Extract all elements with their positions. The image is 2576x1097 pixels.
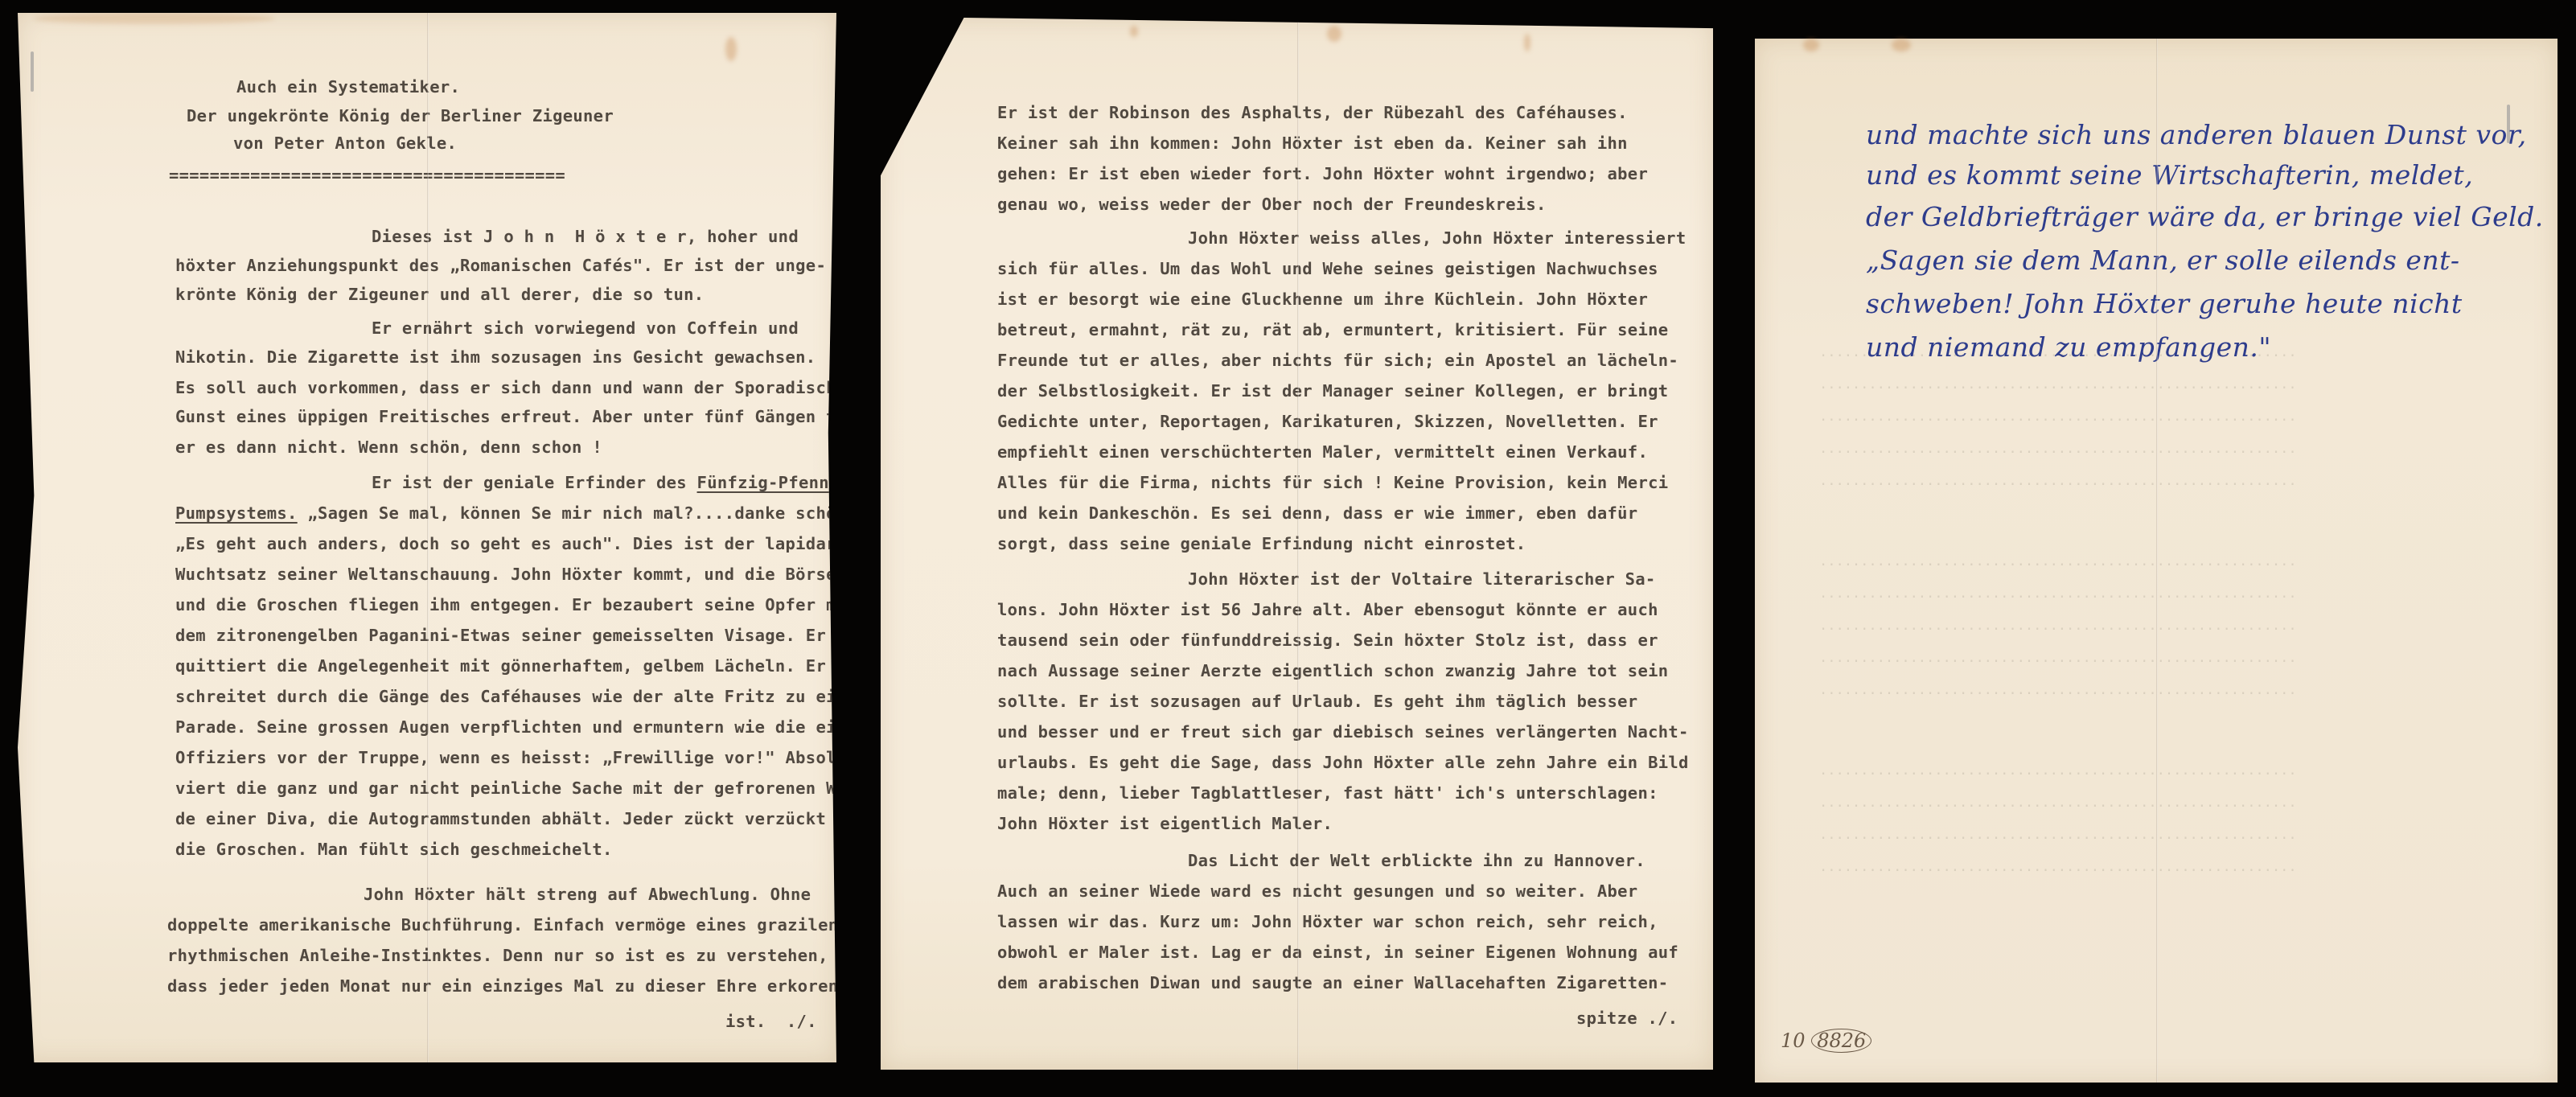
text-line: Gunst eines üppigen Freitisches erfreut.… (175, 407, 857, 426)
text-line: Parade. Seine grossen Augen verpflichten… (175, 717, 867, 737)
text-line: Dieses ist J o h n H ö x t e r, hoher un… (372, 227, 799, 246)
text-line: tausend sein oder fünfunddreissig. Sein … (997, 631, 1658, 650)
bleed-through-text: ........................................… (1819, 618, 2297, 634)
text-line: genau wo, weiss weder der Ober noch der … (997, 195, 1547, 214)
text-line: Er ist der geniale Erfinder des Fünfzig-… (372, 473, 860, 492)
text-line: John Höxter ist eigentlich Maler. (997, 814, 1333, 833)
text-line: de einer Diva, die Autogrammstunden abhä… (175, 809, 826, 828)
text-line: John Höxter weiss alles, John Höxter int… (1188, 228, 1686, 248)
text-line: höxter Anziehungspunkt des „Romanischen … (175, 256, 826, 275)
text-line: Freunde tut er alles, aber nichts für si… (997, 351, 1678, 370)
title-separator: ======================================= (169, 166, 565, 185)
handwritten-line: und machte sich uns anderen blauen Dunst… (1866, 119, 2527, 150)
text-line: der Selbstlosigkeit. Er ist der Manager … (997, 381, 1668, 401)
bleed-through-text: ........................................… (1819, 585, 2297, 602)
text-line: urlaubs. Es geht die Sage, dass John Höx… (997, 753, 1689, 772)
text-line: dem arabischen Diwan und saugte an einer… (997, 973, 1668, 992)
manuscript-page-2: Er ist der Robinson des Asphalts, der Rü… (881, 18, 1713, 1070)
text-line: Das Licht der Welt erblickte ihn zu Hann… (1188, 851, 1645, 870)
document-byline: von Peter Anton Gekle. (233, 134, 457, 153)
bleed-through-text: ........................................… (1819, 795, 2297, 811)
document-subtitle: Der ungekrönte König der Berliner Zigeun… (187, 106, 614, 125)
text-line: dem zitronengelben Paganini-Etwas seiner… (175, 626, 826, 645)
underlined-term: Fünfzig-Pfennig- (697, 473, 860, 492)
text-line: sollte. Er ist sozusagen auf Urlaub. Es … (997, 692, 1637, 711)
text-line: doppelte amerikanische Buchführung. Einf… (167, 915, 848, 935)
typed-text-page-1: Auch ein Systematiker. Der ungekrönte Kö… (18, 13, 59, 650)
page-end-mark: ist. ./. (725, 1012, 817, 1031)
text-line: und besser und er freut sich gar diebisc… (997, 722, 1689, 742)
text-line: John Höxter hält streng auf Abwechlung. … (364, 885, 811, 904)
text-line: die Groschen. Man fühlt sich geschmeiche… (175, 840, 613, 859)
handwritten-line: und niemand zu empfangen." (1866, 331, 2271, 363)
bleed-through-text: ........................................… (1819, 650, 2297, 666)
text-line: nach Aussage seiner Aerzte eigentlich sc… (997, 661, 1668, 680)
text-line: schreitet durch die Gänge des Caféhauses… (175, 687, 867, 706)
text-line: Auch an seiner Wiede ward es nicht gesun… (997, 881, 1637, 901)
bleed-through-text: ........................................… (1819, 409, 2297, 425)
text-line: betreut, ermahnt, rät zu, rät ab, ermunt… (997, 320, 1668, 339)
bleed-through-text: ........................................… (1819, 441, 2297, 457)
handwritten-line: und es kommt seine Wirtschafterin, melde… (1866, 159, 2473, 191)
manuscript-page-3: ........................................… (1755, 39, 2558, 1083)
typed-text-page-2: Er ist der Robinson des Asphalts, der Rü… (881, 18, 922, 635)
bleed-through-text: ........................................… (1819, 376, 2297, 392)
bleed-through-text: ........................................… (1819, 859, 2297, 875)
text-line: sich für alles. Um das Wohl und Wehe sei… (997, 259, 1658, 278)
text-line: lons. John Höxter ist 56 Jahre alt. Aber… (997, 600, 1658, 619)
bleed-through-text: ........................................… (1819, 553, 2297, 569)
text-line: rhythmischen Anleihe-Instinktes. Denn nu… (167, 946, 828, 965)
text-line: Wuchtsatz seiner Weltanschauung. John Hö… (175, 565, 846, 584)
archive-number: 10 8826 (1781, 1029, 1871, 1052)
text-line: und die Groschen fliegen ihm entgegen. E… (175, 595, 857, 614)
manuscript-page-1: Auch ein Systematiker. Der ungekrönte Kö… (18, 13, 836, 1062)
text-line: obwohl er Maler ist. Lag er da einst, in… (997, 943, 1678, 962)
text-line: Nikotin. Die Zigarette ist ihm sozusagen… (175, 347, 816, 367)
document-title: Auch ein Systematiker. (236, 77, 460, 97)
bleed-through-text: ........................................… (1819, 473, 2297, 489)
text-line: Es soll auch vorkommen, dass er sich dan… (175, 378, 857, 397)
text-line: quittiert die Angelegenheit mit gönnerha… (175, 656, 826, 676)
text-line: Gedichte unter, Reportagen, Karikaturen,… (997, 412, 1658, 431)
text-line: John Höxter ist der Voltaire literarisch… (1188, 569, 1656, 589)
text-line: Pumpsystems. „Sagen Se mal, können Se mi… (175, 503, 887, 523)
text-line: krönte König der Zigeuner und all derer,… (175, 285, 704, 304)
text-line: Offiziers vor der Truppe, wenn es heisst… (175, 748, 846, 767)
underlined-term: Pumpsystems. (175, 503, 298, 523)
text-line: viert die ganz und gar nicht peinliche S… (175, 779, 867, 798)
text-line: sorgt, dass seine geniale Erfindung nich… (997, 534, 1526, 553)
handwritten-line: der Geldbriefträger wäre da, er bringe v… (1866, 201, 2544, 232)
text-line: Er ist der Robinson des Asphalts, der Rü… (997, 103, 1628, 122)
bleed-through-text: ........................................… (1819, 827, 2297, 843)
text-line: gehen: Er ist eben wieder fort. John Höx… (997, 164, 1648, 183)
text-line: und kein Dankeschön. Es sei denn, dass e… (997, 503, 1637, 523)
text-line: er es dann nicht. Wenn schön, denn schon… (175, 438, 602, 457)
bleed-through-text: ........................................… (1819, 762, 2297, 779)
text-line: Er ernährt sich vorwiegend von Coffein u… (372, 318, 799, 338)
page-end-mark: spitze ./. (1576, 1009, 1678, 1028)
text-line: „Es geht auch anders, doch so geht es au… (175, 534, 846, 553)
text-line: dass jeder jeden Monat nur ein einziges … (167, 976, 838, 996)
handwritten-line: „Sagen sie dem Mann, er solle eilends en… (1866, 244, 2460, 276)
text-line: Keiner sah ihn kommen: John Höxter ist e… (997, 134, 1628, 153)
text-line: Alles für die Firma, nichts für sich ! K… (997, 473, 1668, 492)
handwritten-line: schweben! John Höxter geruhe heute nicht (1866, 288, 2463, 319)
text-line: male; denn, lieber Tagblattleser, fast h… (997, 783, 1658, 803)
text-line: ist er besorgt wie eine Gluckhenne um ih… (997, 290, 1648, 309)
circled-archive-number: 8826 (1811, 1029, 1871, 1053)
text-line: lassen wir das. Kurz um: John Höxter war… (997, 912, 1658, 931)
bleed-through-text: ........................................… (1819, 682, 2297, 698)
text-line: empfiehlt einen verschüchterten Maler, v… (997, 442, 1648, 462)
